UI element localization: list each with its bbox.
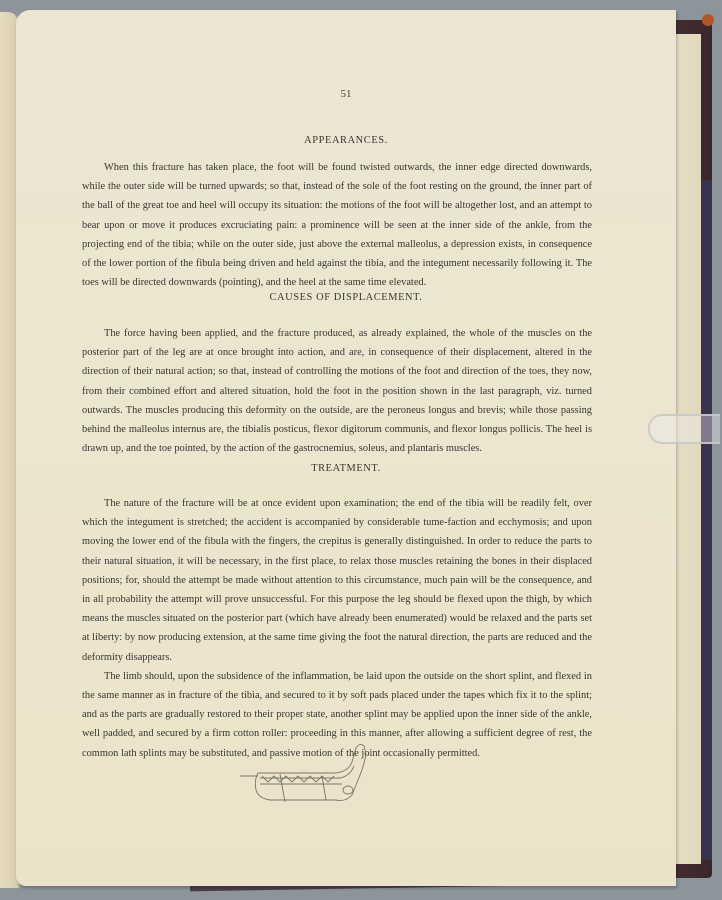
page-clip [648, 414, 720, 444]
heading-treatment: TREATMENT. [16, 463, 676, 474]
paragraph: When this fracture has taken place, the … [82, 158, 592, 292]
leg-splint-illustration-icon [240, 740, 380, 810]
section-appearances-body: When this fracture has taken place, the … [82, 158, 592, 292]
heading-causes-of-displacement: CAUSES OF DISPLACEMENT. [16, 292, 676, 303]
page-number: 51 [16, 88, 676, 100]
heading-appearances: APPEARANCES. [16, 135, 676, 146]
paragraph: The nature of the fracture will be at on… [82, 494, 592, 667]
cover-corner-wear [702, 14, 714, 26]
paragraph: The force having been applied, and the f… [82, 324, 592, 458]
section-treatment-body: The nature of the fracture will be at on… [82, 494, 592, 763]
section-causes-body: The force having been applied, and the f… [82, 324, 592, 458]
